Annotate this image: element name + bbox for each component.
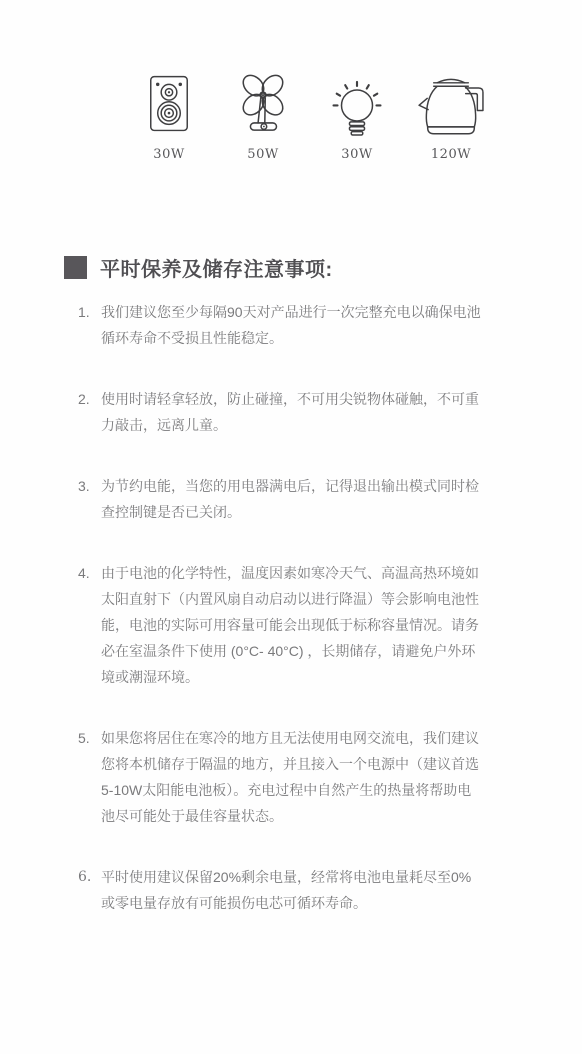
list-item-number: 5. xyxy=(78,725,95,829)
appliance-kettle: 120W xyxy=(406,70,496,162)
list-item-number: 6. xyxy=(78,864,95,916)
appliance-bulb: 30W xyxy=(312,70,402,162)
list-item-text: 平时使用建议保留20%剩余电量，经常将电池电量耗尽至0%或零电量存放有可能损伤电… xyxy=(101,864,482,916)
list-item-text: 我们建议您至少每隔90天对产品进行一次完整充电以确保电池循环寿命不受损且性能稳定… xyxy=(101,299,482,351)
speaker-icon xyxy=(141,70,197,140)
care-instructions-list: 1. 我们建议您至少每隔90天对产品进行一次完整充电以确保电池循环寿命不受损且性… xyxy=(78,299,482,951)
section-bullet-square xyxy=(64,256,87,279)
list-item-text: 如果您将居住在寒冷的地方且无法使用电网交流电，我们建议您将本机储存于隔温的地方，… xyxy=(101,725,482,829)
list-item: 5. 如果您将居住在寒冷的地方且无法使用电网交流电，我们建议您将本机储存于隔温的… xyxy=(78,725,482,829)
list-item-text: 由于电池的化学特性，温度因素如寒冷天气、高温高热环境如太阳直射下（内置风扇自动启… xyxy=(101,560,482,690)
list-item-number: 1. xyxy=(78,299,95,351)
fan-icon xyxy=(234,70,292,140)
manual-page: 30W 50W xyxy=(0,0,582,1054)
appliance-speaker: 30W xyxy=(124,70,214,162)
section-header: 平时保养及储存注意事项: xyxy=(64,253,333,282)
wattage-label: 30W xyxy=(153,147,184,162)
section-title: 平时保养及储存注意事项: xyxy=(100,253,333,282)
list-item-number: 4. xyxy=(78,560,95,690)
wattage-label: 120W xyxy=(431,147,471,162)
appliance-fan: 50W xyxy=(218,70,308,162)
list-item: 2. 使用时请轻拿轻放，防止碰撞，不可用尖锐物体碰触，不可重力敲击，远离儿童。 xyxy=(78,386,482,438)
list-item-number: 3. xyxy=(78,473,95,525)
bulb-icon xyxy=(326,70,388,140)
list-item: 4. 由于电池的化学特性，温度因素如寒冷天气、高温高热环境如太阳直射下（内置风扇… xyxy=(78,560,482,690)
kettle-icon xyxy=(413,70,489,140)
list-item: 6. 平时使用建议保留20%剩余电量，经常将电池电量耗尽至0%或零电量存放有可能… xyxy=(78,864,482,916)
wattage-label: 50W xyxy=(247,147,278,162)
list-item-number: 2. xyxy=(78,386,95,438)
appliance-wattage-row: 30W 50W xyxy=(124,70,496,162)
list-item-text: 使用时请轻拿轻放，防止碰撞，不可用尖锐物体碰触，不可重力敲击，远离儿童。 xyxy=(101,386,482,438)
list-item-text: 为节约电能，当您的用电器满电后，记得退出输出模式同时检查控制键是否已关闭。 xyxy=(101,473,482,525)
list-item: 1. 我们建议您至少每隔90天对产品进行一次完整充电以确保电池循环寿命不受损且性… xyxy=(78,299,482,351)
list-item: 3. 为节约电能，当您的用电器满电后，记得退出输出模式同时检查控制键是否已关闭。 xyxy=(78,473,482,525)
wattage-label: 30W xyxy=(341,147,372,162)
